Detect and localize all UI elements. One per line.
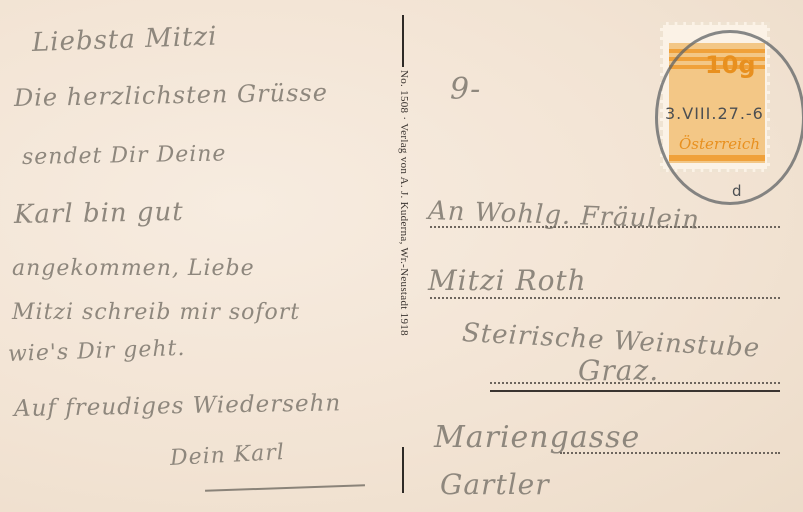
address-rule-3 xyxy=(490,382,780,384)
address-rule-city xyxy=(490,390,780,392)
publisher-imprint: No. 1508 · Verlag von A. J. Kuderna, Wr.… xyxy=(394,70,412,420)
publisher-imprint-text: No. 1508 · Verlag von A. J. Kuderna, Wr.… xyxy=(398,70,410,336)
address-line-1: An Wohlg. Fräulein xyxy=(427,196,700,235)
message-line-6: Mitzi schreib mir sofort xyxy=(12,300,300,325)
postmark-date: 3.VIII.27.-6 xyxy=(665,104,764,123)
message-line-4: Karl bin gut xyxy=(14,197,184,230)
message-line-5: angekommen, Liebe xyxy=(12,256,255,281)
message-signature: Dein Karl xyxy=(169,440,285,471)
message-line-2: Die herzlichsten Grüsse xyxy=(14,79,328,112)
postmark-letter: d xyxy=(732,182,742,200)
message-line-3: sendet Dir Deine xyxy=(22,141,227,170)
address-line-5: Mariengasse xyxy=(434,420,640,455)
message-line-greeting: Liebsta Mitzi xyxy=(31,22,218,58)
message-line-7: wie's Dir geht. xyxy=(8,336,186,367)
address-rule-4 xyxy=(560,452,780,454)
message-line-8: Auf freudiges Wiedersehn xyxy=(14,390,342,422)
postcard: Liebsta Mitzi Die herzlichsten Grüsse se… xyxy=(0,0,803,512)
signature-underline xyxy=(205,484,365,492)
address-line-6: Gartler xyxy=(440,468,550,501)
price-mark: 9- xyxy=(450,72,481,107)
address-line-2: Mitzi Roth xyxy=(428,264,587,297)
address-rule-1 xyxy=(430,226,780,228)
address-rule-2 xyxy=(430,297,780,299)
